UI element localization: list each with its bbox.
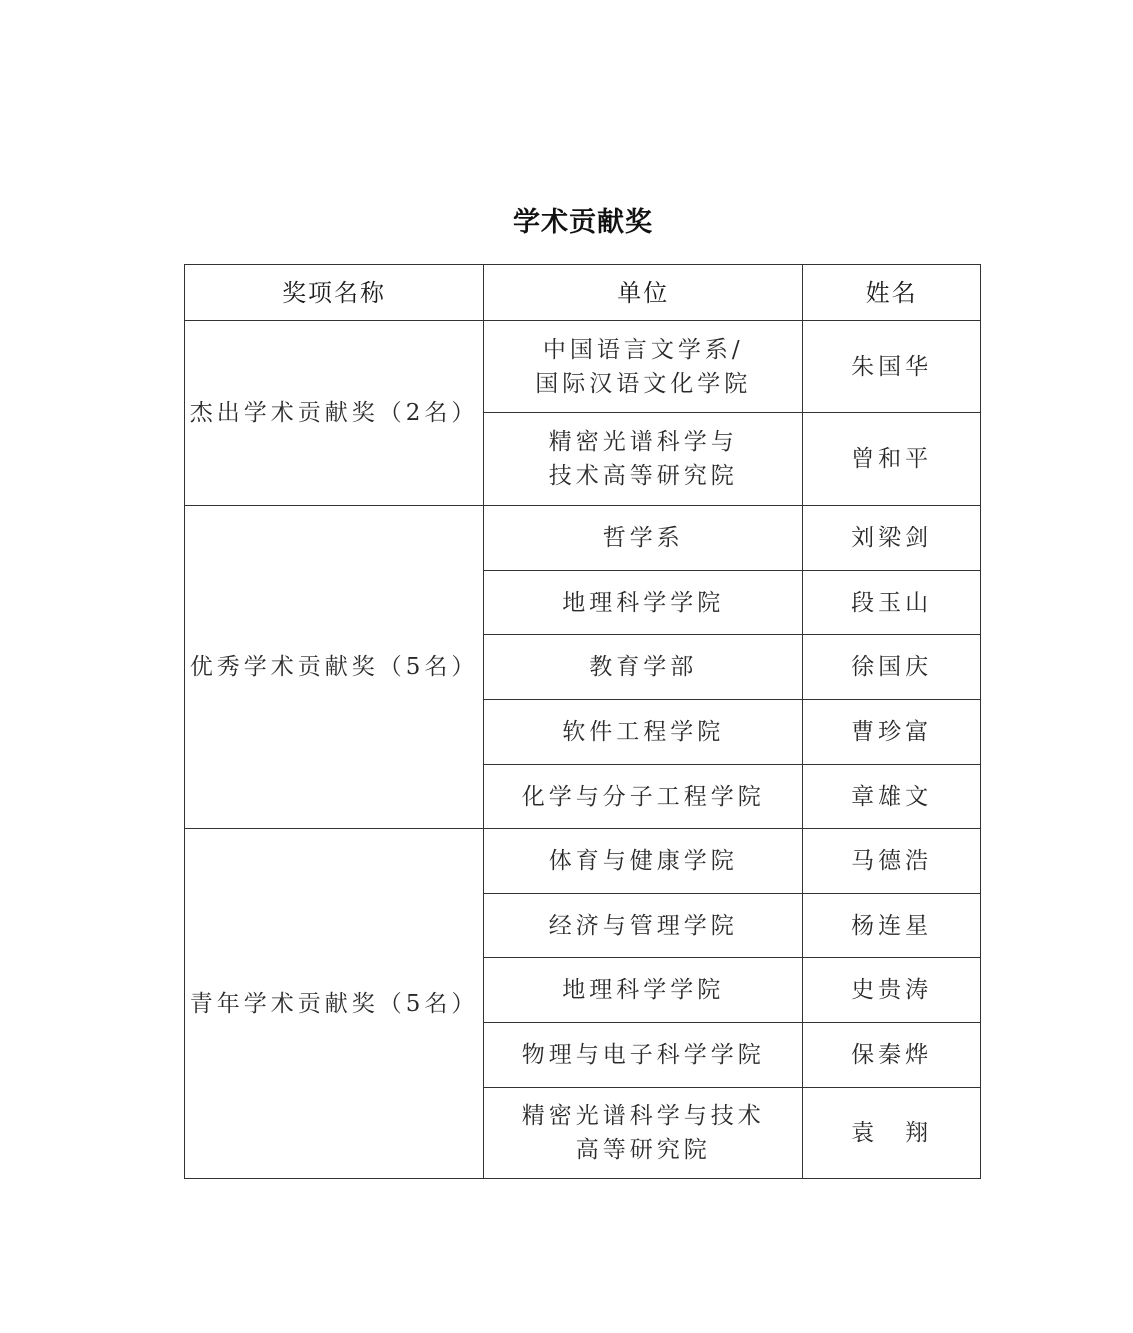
unit-cell: 教育学部 bbox=[484, 635, 803, 700]
unit-cell: 地理科学学院 bbox=[484, 571, 803, 635]
table-header-row: 奖项名称 单位 姓名 bbox=[185, 265, 981, 321]
name-cell: 袁 翔 bbox=[803, 1088, 981, 1179]
name-cell: 刘梁剑 bbox=[803, 506, 981, 571]
name-cell: 杨连星 bbox=[803, 894, 981, 958]
name-cell: 朱国华 bbox=[803, 321, 981, 413]
table-row: 青年学术贡献奖（5名） 体育与健康学院 马德浩 bbox=[185, 829, 981, 894]
name-cell: 马德浩 bbox=[803, 829, 981, 894]
unit-cell: 精密光谱科学与 技术高等研究院 bbox=[484, 413, 803, 506]
header-unit: 单位 bbox=[484, 265, 803, 321]
unit-cell: 软件工程学院 bbox=[484, 700, 803, 765]
name-cell: 保秦烨 bbox=[803, 1023, 981, 1088]
category-cell: 杰出学术贡献奖（2名） bbox=[185, 321, 484, 506]
unit-cell: 体育与健康学院 bbox=[484, 829, 803, 894]
unit-cell: 中国语言文学系/ 国际汉语文化学院 bbox=[484, 321, 803, 413]
table-row: 杰出学术贡献奖（2名） 中国语言文学系/ 国际汉语文化学院 朱国华 bbox=[185, 321, 981, 413]
name-cell: 曹珍富 bbox=[803, 700, 981, 765]
category-cell: 优秀学术贡献奖（5名） bbox=[185, 506, 484, 829]
unit-cell: 精密光谱科学与技术 高等研究院 bbox=[484, 1088, 803, 1179]
header-name: 姓名 bbox=[803, 265, 981, 321]
unit-line: 高等研究院 bbox=[484, 1133, 802, 1167]
table-row: 优秀学术贡献奖（5名） 哲学系 刘梁剑 bbox=[185, 506, 981, 571]
header-award: 奖项名称 bbox=[185, 265, 484, 321]
unit-cell: 哲学系 bbox=[484, 506, 803, 571]
unit-line: 精密光谱科学与 bbox=[484, 425, 802, 459]
name-cell: 曾和平 bbox=[803, 413, 981, 506]
unit-line: 精密光谱科学与技术 bbox=[484, 1099, 802, 1133]
unit-line: 国际汉语文化学院 bbox=[484, 367, 802, 401]
unit-line: 中国语言文学系/ bbox=[484, 333, 802, 367]
name-cell: 徐国庆 bbox=[803, 635, 981, 700]
unit-cell: 物理与电子科学学院 bbox=[484, 1023, 803, 1088]
unit-cell: 化学与分子工程学院 bbox=[484, 765, 803, 829]
award-table: 奖项名称 单位 姓名 杰出学术贡献奖（2名） 中国语言文学系/ 国际汉语文化学院… bbox=[184, 264, 981, 1179]
page-title: 学术贡献奖 bbox=[0, 200, 1133, 239]
name-cell: 史贵涛 bbox=[803, 958, 981, 1023]
name-cell: 段玉山 bbox=[803, 571, 981, 635]
category-cell: 青年学术贡献奖（5名） bbox=[185, 829, 484, 1179]
unit-line: 技术高等研究院 bbox=[484, 459, 802, 493]
unit-cell: 地理科学学院 bbox=[484, 958, 803, 1023]
name-cell: 章雄文 bbox=[803, 765, 981, 829]
unit-cell: 经济与管理学院 bbox=[484, 894, 803, 958]
